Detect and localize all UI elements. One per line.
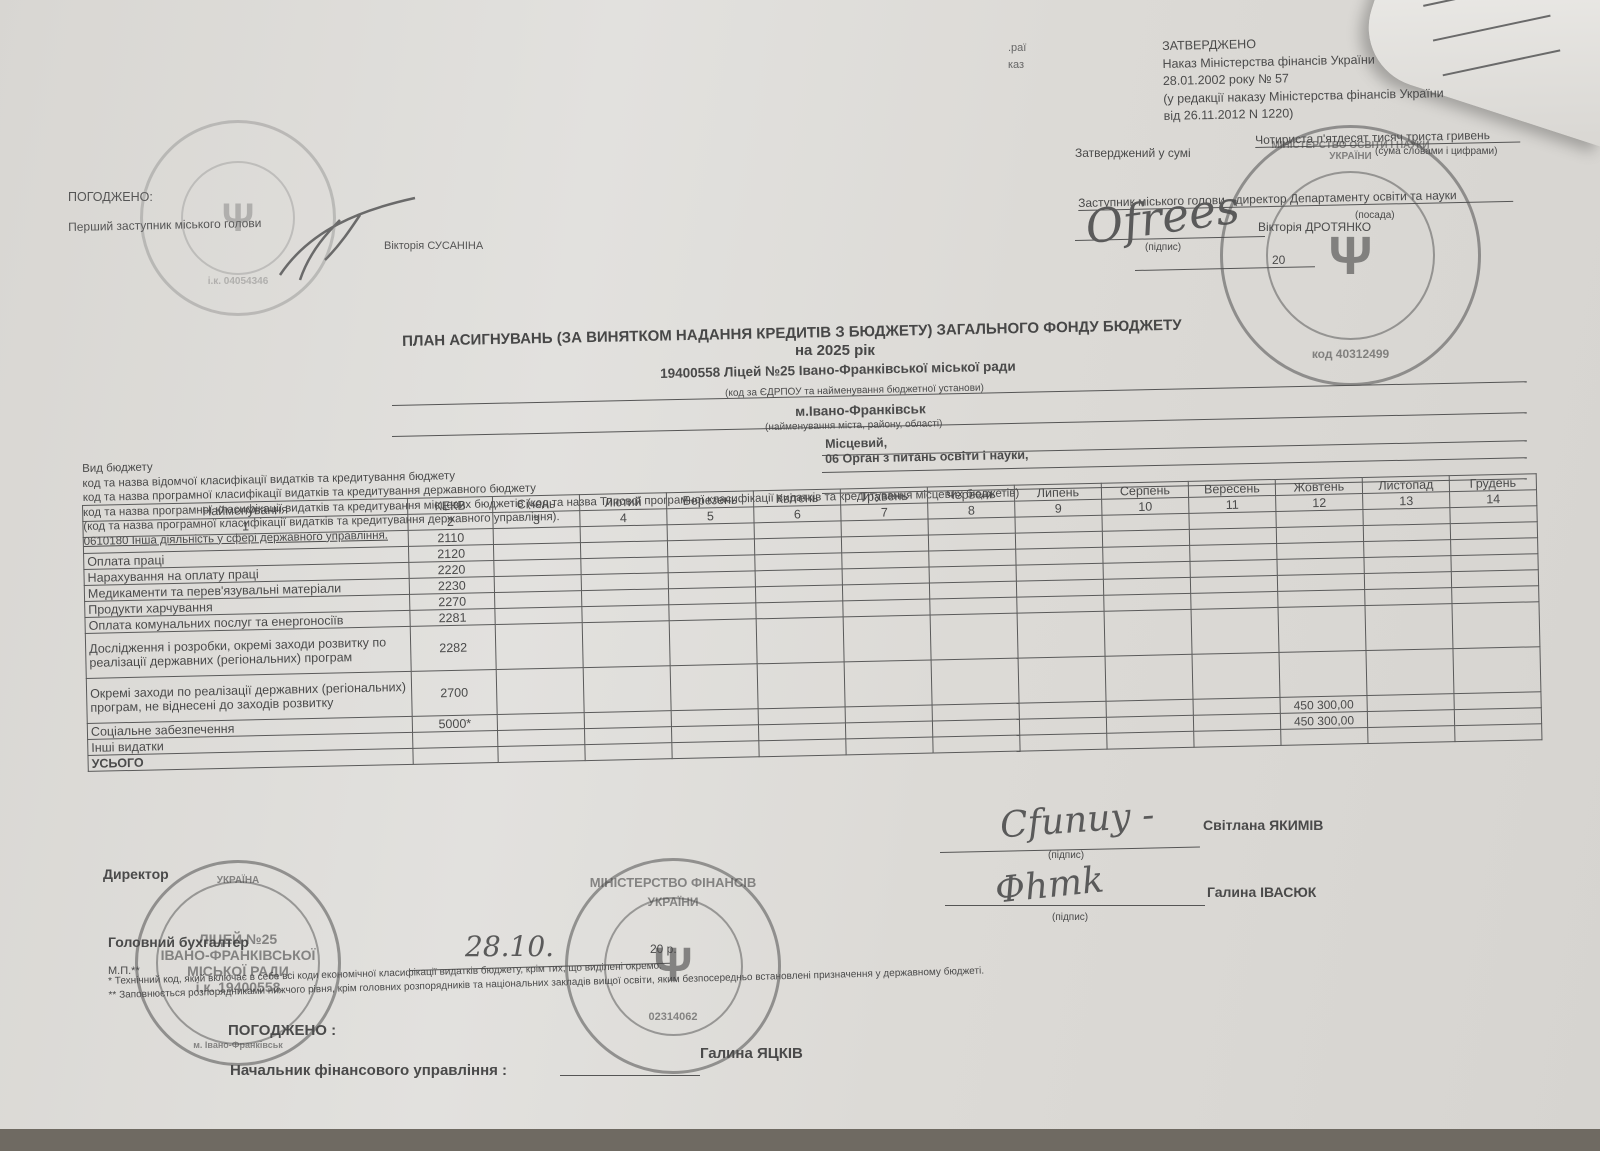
row-kekv [413, 730, 498, 748]
approval-block: ЗАТВЕРДЖЕНО Наказ Міністерства фінансів … [1162, 32, 1444, 125]
month-value [1103, 545, 1190, 563]
stamp-ring-text: МІНІСТЕРСТВО ФІНАНСІВ [590, 875, 757, 890]
column-header: Березень [666, 491, 753, 509]
month-value [668, 587, 755, 605]
month-value [1278, 606, 1366, 653]
month-value [1363, 508, 1450, 526]
column-number: 9 [1015, 499, 1102, 517]
month-value [1455, 724, 1542, 742]
month-value [843, 615, 931, 662]
column-header: Квітень [753, 489, 840, 507]
month-value [1107, 731, 1194, 749]
stamp-code: код 40312499 [1312, 347, 1389, 361]
month-value [1193, 697, 1280, 715]
row-kekv: 2230 [409, 577, 494, 595]
month-value [667, 539, 754, 557]
month-value [585, 743, 672, 761]
month-value: 450 300,00 [1280, 712, 1367, 730]
row-kekv: 2110 [408, 529, 493, 547]
month-value [844, 660, 932, 707]
month-value [1015, 531, 1102, 549]
month-value [929, 581, 1016, 599]
month-value [1451, 538, 1538, 556]
month-value [932, 719, 1019, 737]
month-value [493, 527, 580, 545]
month-value [758, 707, 845, 725]
column-header: Січень [492, 495, 579, 513]
month-value [1192, 652, 1280, 699]
column-header: Грудень [1449, 474, 1536, 492]
month-value [1104, 593, 1191, 611]
month-value [1281, 728, 1368, 746]
row-kekv: 5000* [412, 714, 497, 732]
month-value [1194, 729, 1281, 747]
month-value [1363, 524, 1450, 542]
month-value [843, 599, 930, 617]
row-kekv [413, 746, 498, 764]
stamp-top-text: УКРАЇНА [217, 873, 260, 889]
column-number: 14 [1450, 490, 1537, 508]
agreed-top-heading: ПОГОДЖЕНО: [68, 190, 153, 204]
month-value [930, 613, 1018, 660]
month-value [845, 721, 932, 739]
stamp-code: і.к. 19400558 [161, 979, 316, 995]
month-value [581, 589, 668, 607]
month-value [1450, 506, 1537, 524]
month-value: 450 300,00 [1280, 696, 1367, 714]
column-header: Жовтень [1275, 478, 1362, 496]
month-value [1019, 717, 1106, 735]
stamp-line: МІСЬКОЇ РАДИ [161, 963, 316, 979]
month-value [1103, 561, 1190, 579]
month-value [1190, 575, 1277, 593]
stamp-ring-text: МІНІСТЕРСТВО ОСВІТИ І НАУКИ УКРАЇНИ [1251, 140, 1451, 162]
month-value [929, 549, 1016, 567]
month-value [757, 662, 845, 709]
month-value [1017, 595, 1104, 613]
month-value [584, 727, 671, 745]
month-value [1015, 515, 1102, 533]
row-name: Дослідження і розробки, окремі заходи ро… [85, 626, 411, 678]
month-value [931, 658, 1019, 705]
row-kekv: 2270 [410, 593, 495, 611]
column-number: 5 [667, 507, 754, 525]
city-name: м.Івано-Франківськ [795, 401, 926, 419]
stamp-line: ІВАНО-ФРАНКІВСЬКОЇ [161, 947, 316, 963]
column-header: Серпень [1101, 481, 1188, 499]
month-value [494, 559, 581, 577]
stamp-finance-department: МІНІСТЕРСТВО ФІНАНСІВ УКРАЇНИ 02314062 Ψ [565, 858, 781, 1074]
month-value [580, 525, 667, 543]
month-value [1454, 708, 1541, 726]
month-value [842, 567, 929, 585]
month-value [1102, 529, 1189, 547]
month-value [1189, 511, 1276, 529]
column-header: Липень [1014, 483, 1101, 501]
month-value [1279, 651, 1367, 698]
month-value [1193, 713, 1280, 731]
month-value [1365, 588, 1452, 606]
month-value [1454, 692, 1541, 710]
stamp-education-department: МІНІСТЕРСТВО ОСВІТИ І НАУКИ УКРАЇНИ код … [1220, 125, 1481, 386]
column-header: Червень [927, 485, 1014, 503]
month-value [1277, 542, 1364, 560]
month-value [841, 519, 928, 537]
stamp-country: УКРАЇНИ [647, 895, 698, 909]
finance-head-label: Начальник фінансового управління : [230, 1062, 507, 1079]
month-value [1016, 579, 1103, 597]
column-number: 11 [1189, 495, 1276, 513]
approved-sum-label: Затверджений у сумі [1075, 146, 1191, 160]
month-value [494, 575, 581, 593]
month-value [1105, 654, 1193, 701]
column-header: Вересень [1188, 479, 1275, 497]
column-number: 7 [841, 503, 928, 521]
column-number: 3 [493, 511, 580, 529]
column-header: Листопад [1362, 476, 1449, 494]
partial-text-left: .раї каз [1008, 40, 1026, 74]
stamp-bottom-text: м. Івано-Франківськ [193, 1037, 283, 1053]
month-value [755, 553, 842, 571]
month-value [1364, 572, 1451, 590]
month-value [496, 668, 584, 715]
month-value [1276, 510, 1363, 528]
column-number: 8 [928, 501, 1015, 519]
month-value [930, 597, 1017, 615]
month-value [1450, 522, 1537, 540]
month-value [495, 591, 582, 609]
month-value [842, 583, 929, 601]
month-value [1106, 715, 1193, 733]
month-value [498, 745, 585, 763]
month-value [1364, 556, 1451, 574]
month-value [583, 666, 671, 713]
allocation-plan-table: НайменуванняКЕКВСіченьЛютийБерезеньКвіте… [82, 473, 1542, 772]
month-value [495, 607, 582, 625]
stamp-code: 02314062 [649, 1011, 698, 1023]
document-year: на 2025 рік [795, 342, 875, 359]
partial-line: каз [1008, 57, 1026, 74]
month-value [1452, 586, 1539, 604]
month-value [672, 741, 759, 759]
month-value [1277, 558, 1364, 576]
month-value [1190, 543, 1277, 561]
month-value [933, 735, 1020, 753]
month-value [1452, 602, 1540, 649]
month-value [1451, 570, 1538, 588]
month-value [758, 723, 845, 741]
month-value [754, 521, 841, 539]
month-value [928, 533, 1015, 551]
month-value [842, 551, 929, 569]
stamp-lyceum: УКРАЇНА ЛІЦЕЙ №25 ІВАНО-ФРАНКІВСЬКОЇ МІС… [135, 860, 341, 1066]
month-value [1366, 649, 1454, 696]
month-value [1453, 647, 1541, 694]
month-value [932, 703, 1019, 721]
month-value [1367, 694, 1454, 712]
month-value [1102, 513, 1189, 531]
month-value [1191, 591, 1278, 609]
column-number: 13 [1363, 492, 1450, 510]
column-number: 2 [408, 513, 493, 531]
month-value [667, 523, 754, 541]
stamp-line: ЛІЦЕЙ №25 [161, 931, 316, 947]
month-value [754, 537, 841, 555]
month-value [584, 711, 671, 729]
month-value [668, 555, 755, 573]
month-value [498, 729, 585, 747]
month-value [1190, 559, 1277, 577]
row-kekv: 2120 [408, 545, 493, 563]
month-value [929, 565, 1016, 583]
month-value [1276, 526, 1363, 544]
column-number: 4 [580, 509, 667, 527]
month-value [581, 557, 668, 575]
month-value [669, 619, 757, 666]
month-value [1104, 609, 1192, 656]
column-header: КЕКВ [407, 497, 492, 515]
column-header: Травень [840, 487, 927, 505]
month-value [756, 617, 844, 664]
month-value [497, 713, 584, 731]
column-number: 12 [1276, 494, 1363, 512]
partial-line: .раї [1008, 40, 1026, 57]
month-value [1018, 656, 1106, 703]
month-value [493, 543, 580, 561]
column-number: 10 [1102, 497, 1189, 515]
month-value [845, 705, 932, 723]
chief-accountant-name: Галина ІВАСЮК [1207, 884, 1316, 900]
month-value [495, 623, 583, 670]
month-value [1189, 527, 1276, 545]
month-value [928, 517, 1015, 535]
month-value [668, 571, 755, 589]
month-value [580, 541, 667, 559]
month-value [669, 603, 756, 621]
director-sign-caption: (підпис) [1048, 850, 1084, 861]
month-value [1277, 574, 1364, 592]
month-value [755, 585, 842, 603]
month-value [841, 535, 928, 553]
month-value [670, 664, 758, 711]
accountant-sign-caption: (підпис) [1052, 912, 1088, 923]
month-value [582, 605, 669, 623]
month-value [759, 739, 846, 757]
month-value [1278, 590, 1365, 608]
month-value [1367, 710, 1454, 728]
month-value [755, 569, 842, 587]
month-value [1365, 604, 1453, 651]
row-kekv: 2281 [410, 609, 495, 627]
stamp-code: і.к. 04054346 [208, 276, 269, 287]
row-kekv: 2700 [411, 670, 497, 717]
month-value [1106, 699, 1193, 717]
month-value [1451, 554, 1538, 572]
month-value [1016, 563, 1103, 581]
month-value [756, 601, 843, 619]
month-value [581, 573, 668, 591]
month-value [846, 737, 933, 755]
stamp-city-council: і.к. 04054346 Ψ [140, 120, 336, 316]
month-value [671, 709, 758, 727]
month-value [1368, 726, 1455, 744]
row-kekv: 2282 [410, 625, 496, 672]
month-value [671, 725, 758, 743]
director-label: Директор [103, 866, 169, 882]
handwritten-date: 28.10. [465, 930, 554, 963]
row-name: Окремі заходи по реалізації державних (р… [86, 671, 412, 723]
column-number: 6 [754, 505, 841, 523]
month-value [1364, 540, 1451, 558]
month-value [1019, 701, 1106, 719]
month-value [1016, 547, 1103, 565]
director-name: Світлана ЯКИМІВ [1203, 817, 1323, 833]
month-value [1191, 607, 1279, 654]
month-value [582, 621, 670, 668]
background-surface [0, 1129, 1600, 1151]
month-value [1020, 733, 1107, 751]
month-value [1017, 611, 1105, 658]
row-kekv: 2220 [409, 561, 494, 579]
column-header: Лютий [579, 493, 666, 511]
month-value [1103, 577, 1190, 595]
